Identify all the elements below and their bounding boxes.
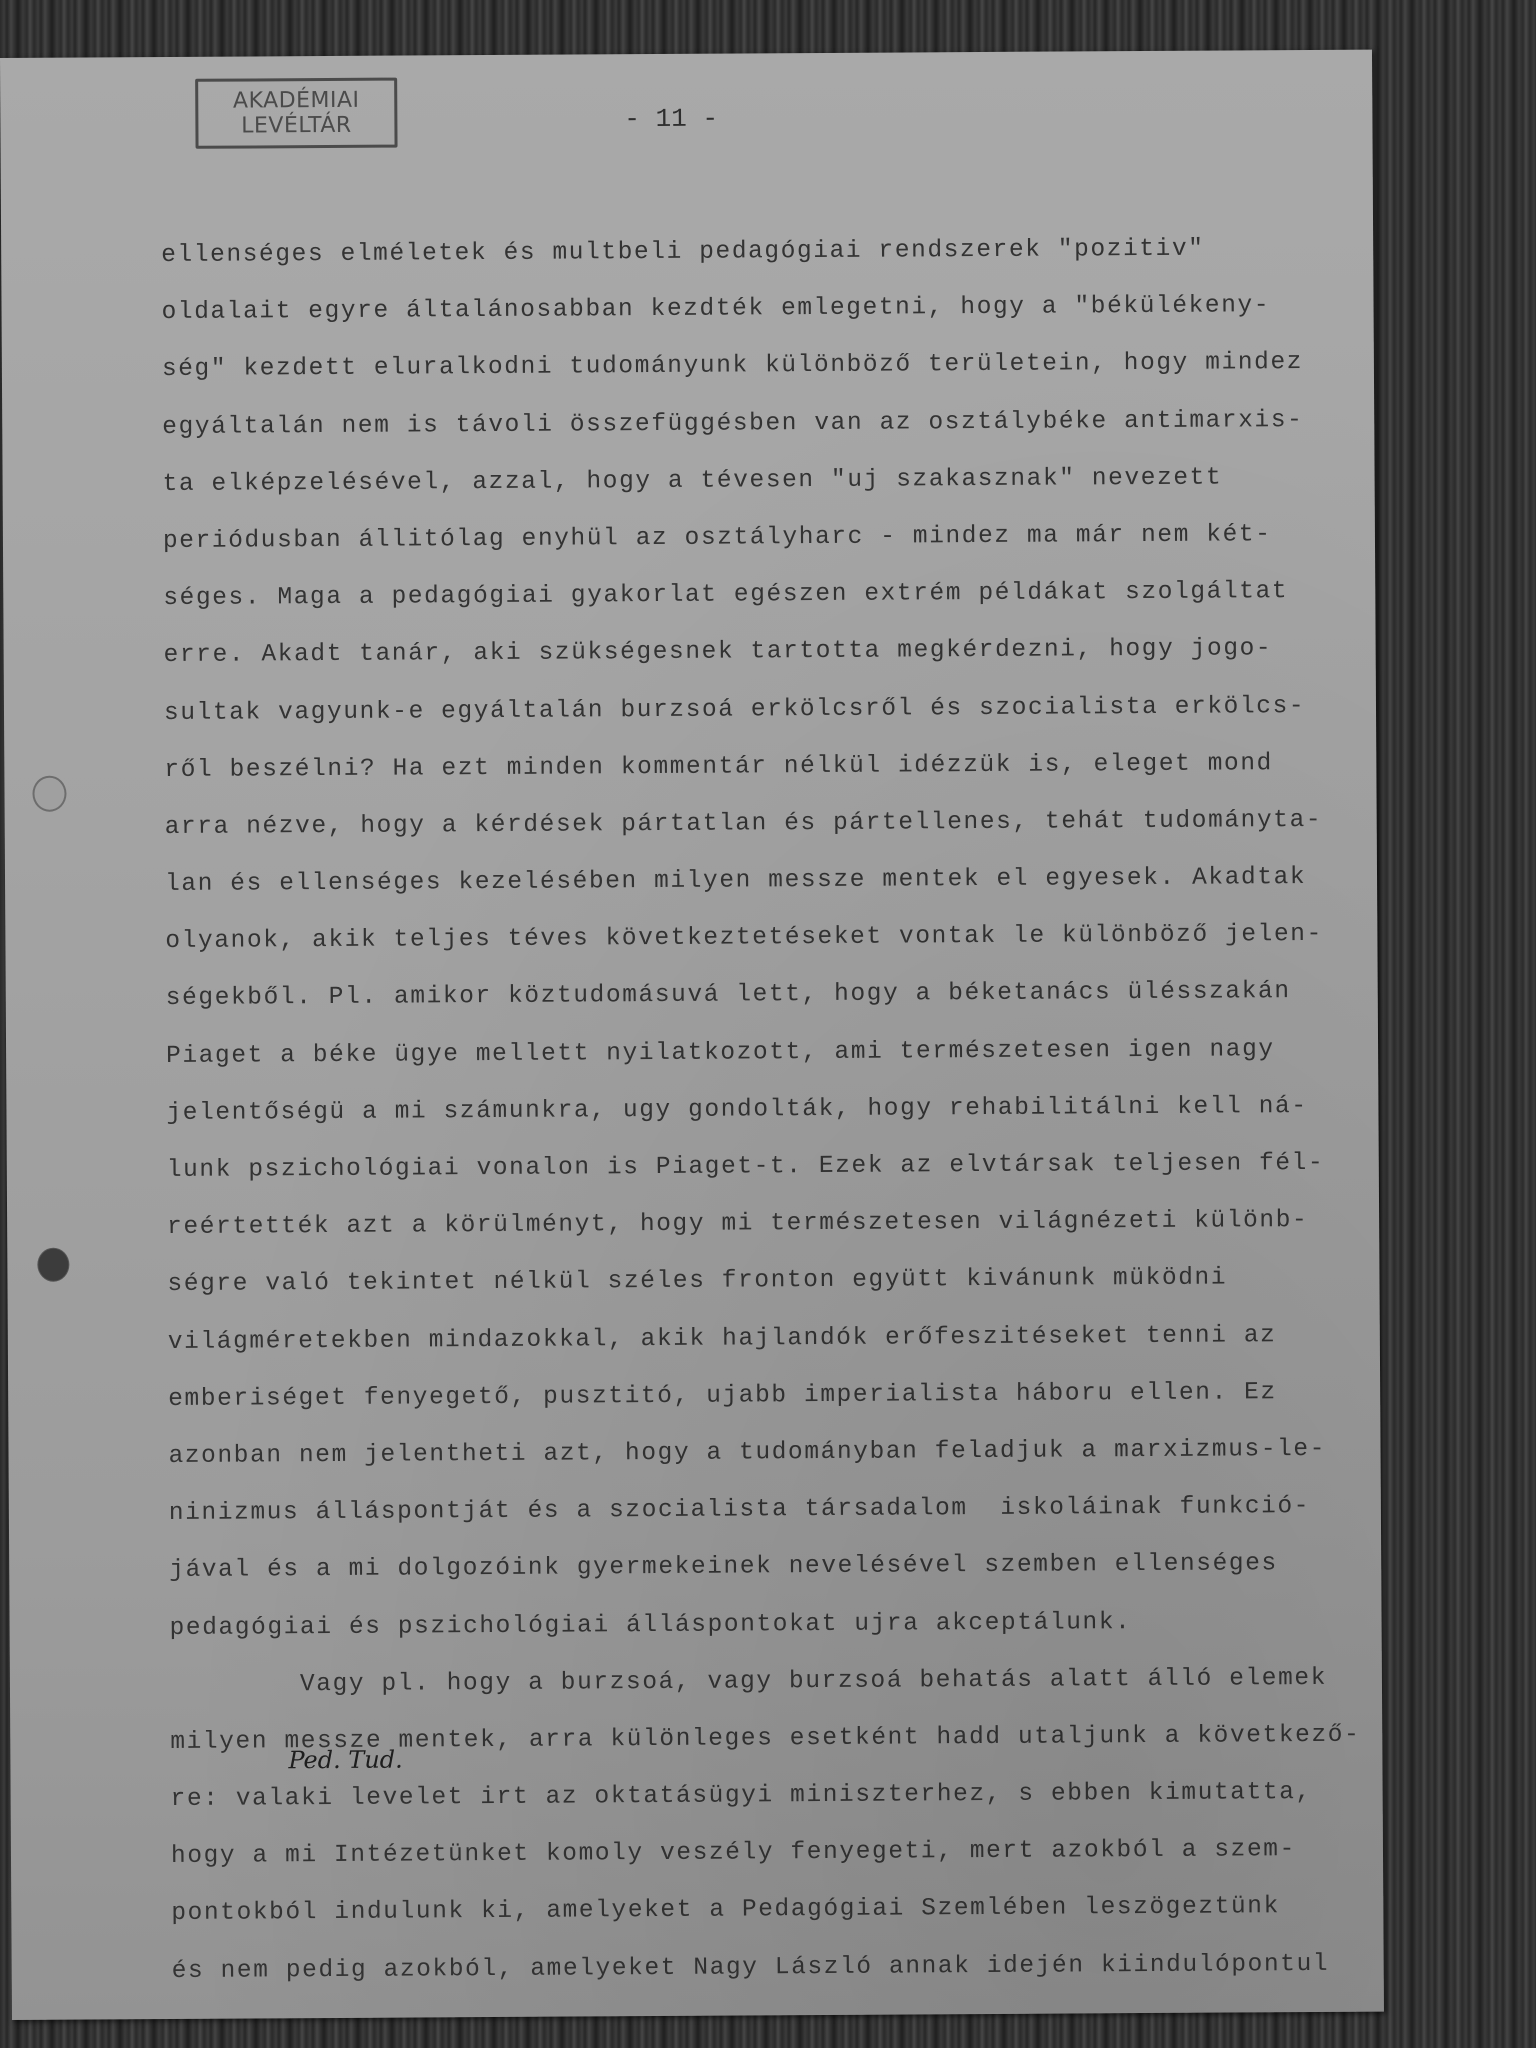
typewritten-body: ellenséges elméletek és multbeli pedagóg… [161, 220, 1372, 2000]
text-line: periódusban állitólag enyhül az osztályh… [163, 506, 1363, 571]
text-line: jelentőségü a mi számunkra, ugy gondoltá… [166, 1077, 1366, 1142]
text-line: ről beszélni? Ha ezt minden kommentár né… [164, 734, 1364, 799]
handwritten-insertion: Ped. Tud. [288, 1746, 403, 1775]
text-line: pontokból indulunk ki, amelyeket a Pedag… [171, 1878, 1371, 1943]
text-line: hogy a mi Intézetünket komoly veszély fe… [171, 1821, 1371, 1886]
text-line: ninizmus álláspontját és a szocialista t… [169, 1478, 1369, 1543]
archive-stamp: AKADÉMIAI LEVÉLTÁR [195, 78, 397, 149]
text-line: egyáltalán nem is távoli összefüggésben … [162, 391, 1362, 456]
text-line: olyanok, akik teljes téves következtetés… [165, 906, 1365, 971]
text-line: és nem pedig azokból, amelyeket Nagy Lás… [172, 1935, 1372, 2000]
text-line: Piaget a béke ügye mellett nyilatkozott,… [166, 1020, 1366, 1085]
text-line: ta elképzelésével, azzal, hogy a tévesen… [162, 448, 1362, 513]
text-line: lunk pszichológiai vonalon is Piaget-t. … [167, 1135, 1367, 1200]
text-line: lan és ellenséges kezelésében milyen mes… [165, 849, 1365, 914]
punch-hole-icon [32, 776, 66, 812]
text-line: erre. Akadt tanár, aki szükségesnek tart… [163, 620, 1363, 685]
stamp-line-2: LEVÉLTÁR [241, 113, 352, 139]
document-page: AKADÉMIAI LEVÉLTÁR - 11 - ellenséges elm… [0, 50, 1384, 2020]
text-line: sultak vagyunk-e egyáltalán burzsoá erkö… [164, 677, 1364, 742]
paragraph-start-line: Vagy pl. hogy a burzsoá, vagy burzsoá be… [170, 1649, 1370, 1714]
text-line: emberiséget fenyegető, pusztitó, ujabb i… [168, 1363, 1368, 1428]
text-line: ellenséges elméletek és multbeli pedagóg… [161, 220, 1361, 285]
text-line: ségekből. Pl. amikor köztudomásuvá lett,… [166, 963, 1366, 1028]
text-line: azonban nem jelentheti azt, hogy a tudom… [168, 1421, 1368, 1486]
text-line: ségre való tekintet nélkül széles fronto… [167, 1249, 1367, 1314]
text-line: reértették azt a körülményt, hogy mi ter… [167, 1192, 1367, 1257]
text-line: világméretekben mindazokkal, akik hajlan… [168, 1306, 1368, 1371]
text-line: jával és a mi dolgozóink gyermekeinek ne… [169, 1535, 1369, 1600]
page-number: - 11 - [624, 104, 718, 135]
text-line: ség" kezdett eluralkodni tudományunk kül… [162, 334, 1362, 399]
text-line: arra nézve, hogy a kérdések pártatlan és… [165, 792, 1365, 857]
text-line: séges. Maga a pedagógiai gyakorlat egész… [163, 563, 1363, 628]
punch-hole-icon [37, 1248, 69, 1282]
text-line: oldalait egyre általánosabban kezdték em… [161, 277, 1361, 342]
stamp-line-1: AKADÉMIAI [233, 88, 360, 114]
text-line: pedagógiai és pszichológiai álláspontoka… [169, 1592, 1369, 1657]
